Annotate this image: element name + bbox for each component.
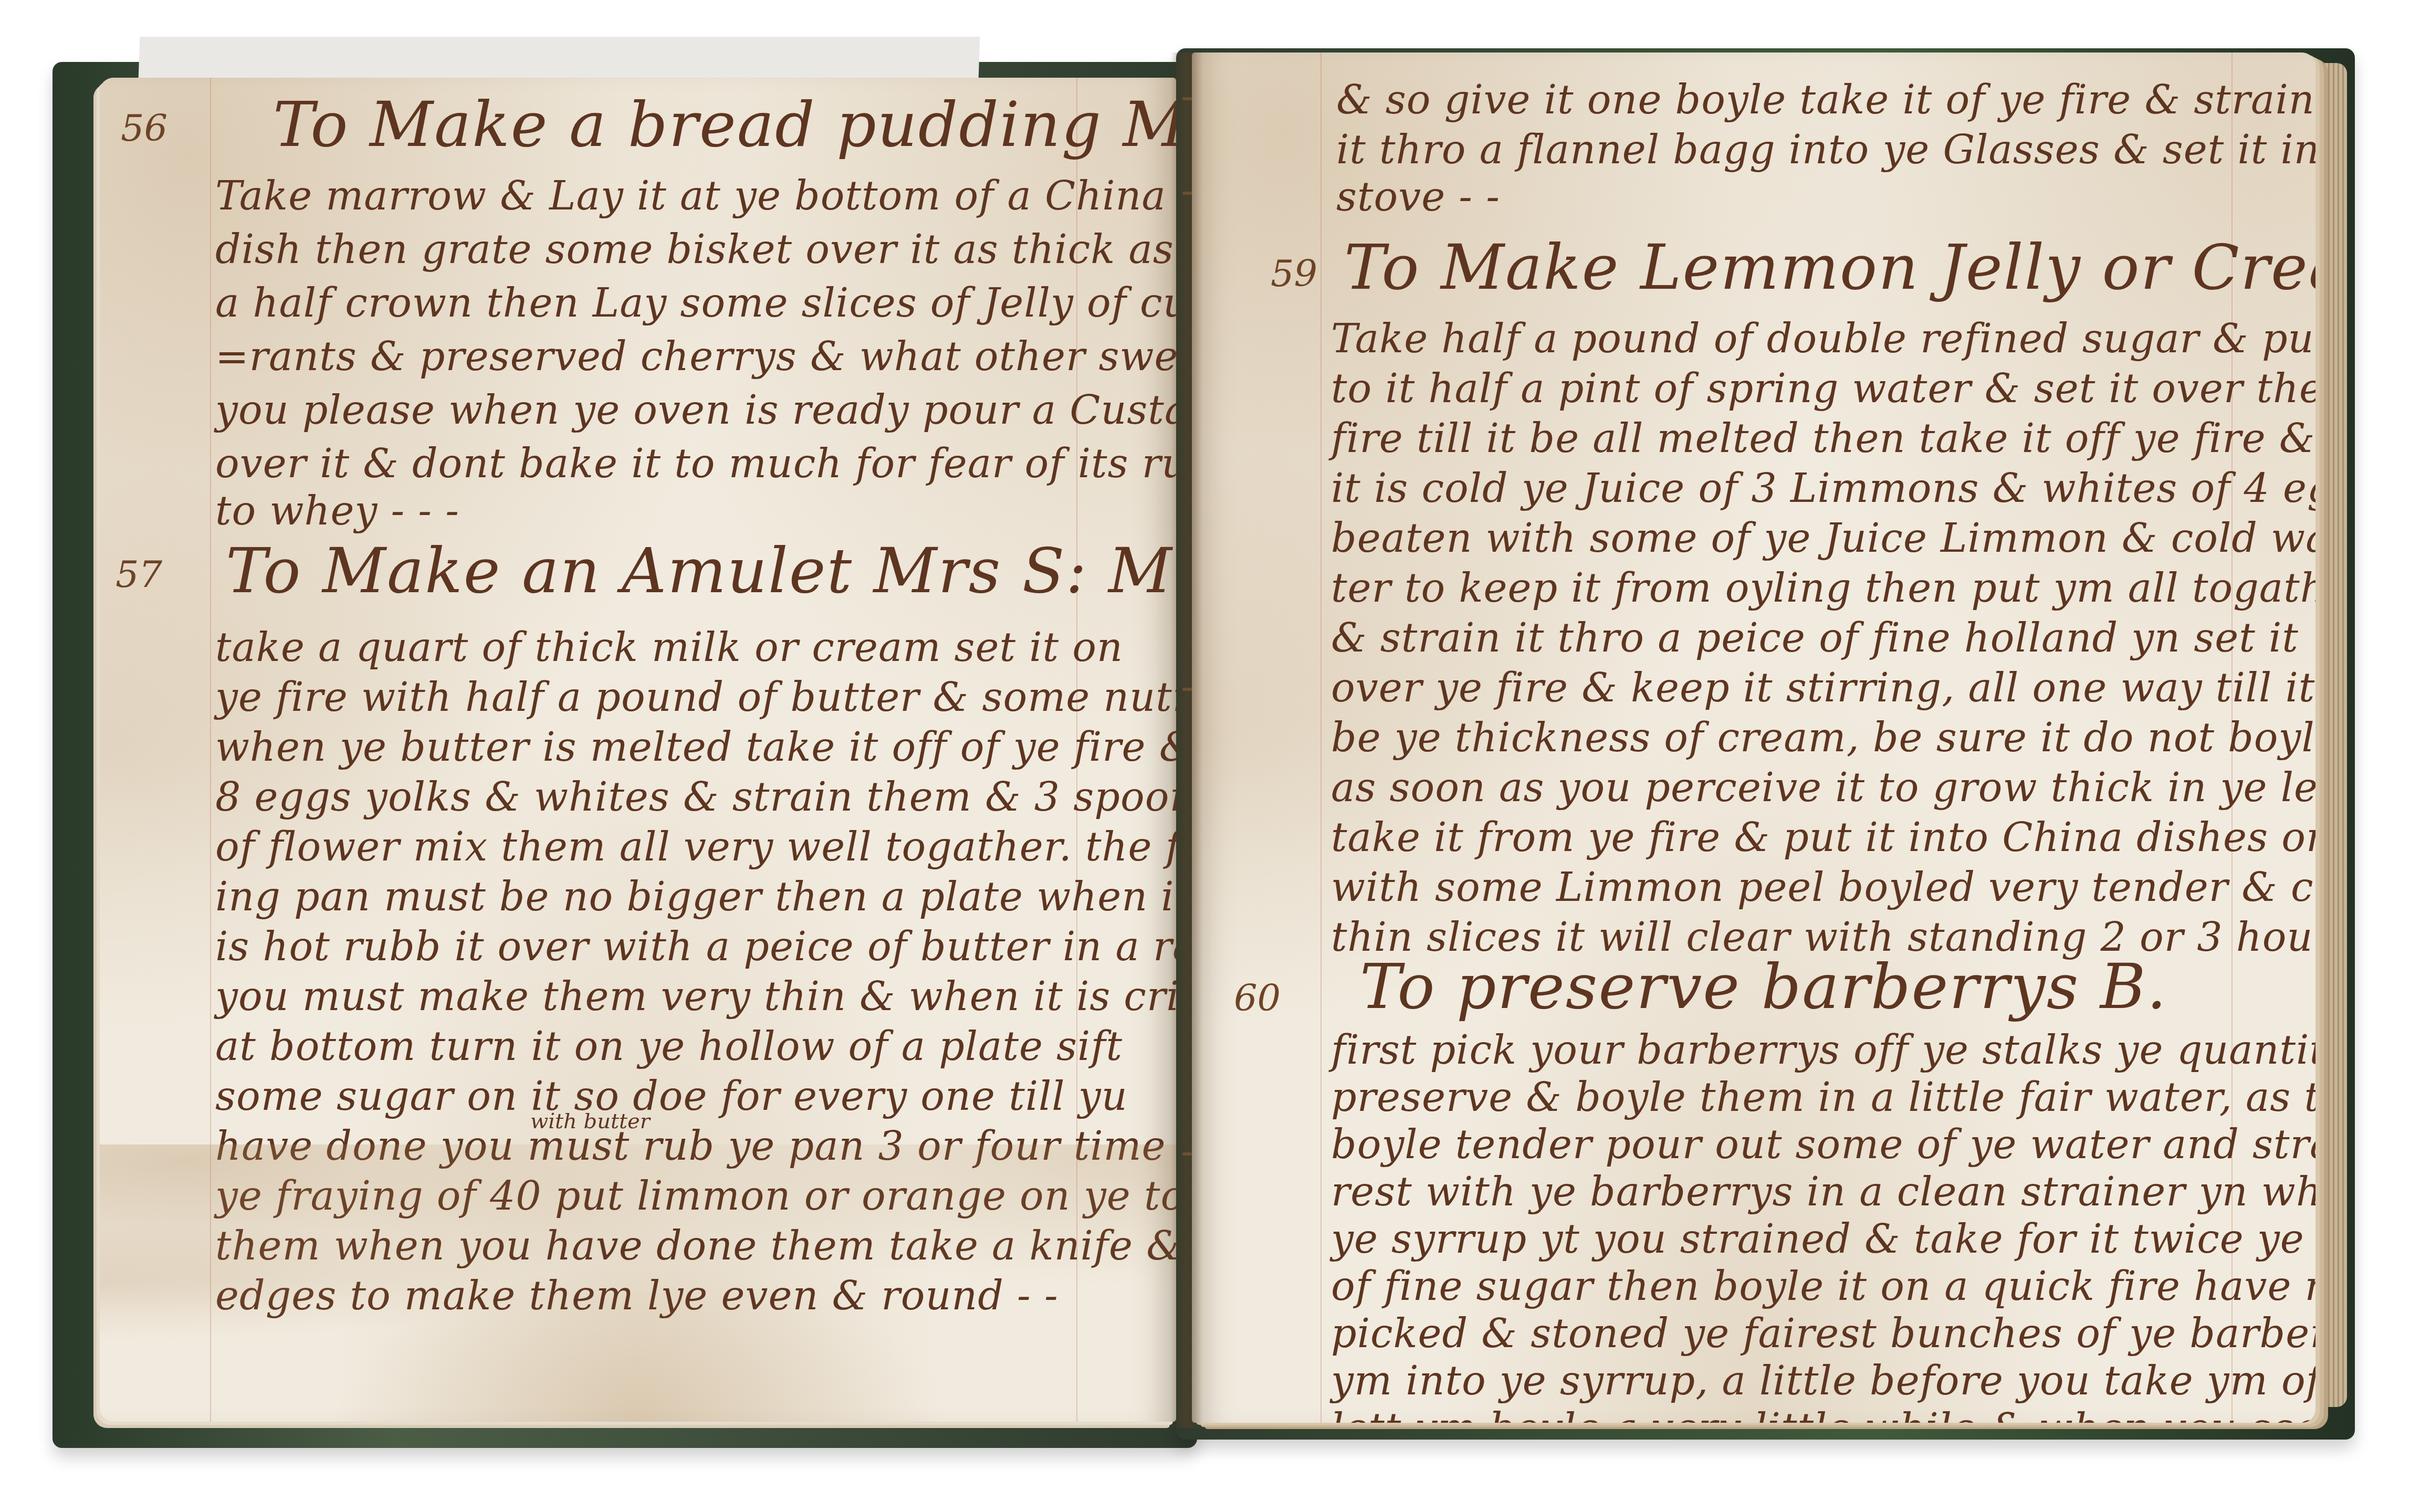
- recipe-title: To Make Lemmon Jelly or Cream B.: [1344, 231, 2315, 303]
- text-line: & so give it one boyle take it of ye fir…: [1336, 76, 2315, 123]
- text-line: is hot rubb it over with a peice of butt…: [215, 923, 1176, 970]
- text-line: ym into ye syrrup, a little before you t…: [1331, 1357, 2315, 1404]
- text-line: fire till it be all melted then take it …: [1331, 415, 2315, 461]
- folio-number: 57: [116, 553, 162, 596]
- text-line: ing pan must be no bigger then a plate w…: [215, 873, 1176, 920]
- text-line: of flower mix them all very well togathe…: [215, 823, 1176, 870]
- left-page-lower: [100, 1144, 1176, 1422]
- recipe-title: To preserve barberrys B.: [1360, 950, 2167, 1023]
- text-line: ter to keep it from oyling then put ym a…: [1331, 564, 2315, 611]
- text-line: =rants & preserved cherrys & what other …: [215, 333, 1176, 380]
- text-line: you must make them very thin & when it i…: [215, 973, 1176, 1020]
- text-line: to it half a pint of spring water & set …: [1331, 365, 2315, 412]
- text-line: Take marrow & Lay it at ye bottom of a C…: [215, 172, 1166, 219]
- text-line: be ye thickness of cream, be sure it do …: [1331, 714, 2315, 761]
- folio-number: 59: [1271, 252, 1317, 295]
- text-line: picked & stoned ye fairest bunches of ye…: [1331, 1310, 2315, 1357]
- text-line: 8 eggs yolks & whites & strain them & 3 …: [215, 773, 1176, 820]
- text-line: over it & dont bake it to much for fear …: [215, 440, 1176, 487]
- text-line: beaten with some of ye Juice Limmon & co…: [1331, 514, 2315, 561]
- text-line: rest with ye barberrys in a clean strain…: [1331, 1168, 2315, 1215]
- text-line: of fine sugar then boyle it on a quick f…: [1331, 1263, 2315, 1309]
- text-line: take it from ye fire & put it into China…: [1331, 814, 2315, 860]
- binding-stitch: [1182, 192, 1192, 195]
- text-line: it is cold ye Juice of 3 Limmons & white…: [1331, 465, 2315, 511]
- binding-stitch: [1182, 97, 1192, 100]
- text-line: at bottom turn it on ye hollow of a plat…: [215, 1023, 1123, 1069]
- text-line: ye fire with half a pound of butter & so…: [215, 674, 1176, 720]
- text-line: lett ym boyle a very little while & when…: [1331, 1404, 2315, 1423]
- text-line: some sugar on it so doe for every one ti…: [215, 1073, 1128, 1119]
- text-line: as soon as you perceive it to grow thick…: [1331, 764, 2315, 811]
- text-line: stove - -: [1336, 173, 1500, 220]
- text-line: first pick your barberrys off ye stalks …: [1331, 1026, 2315, 1073]
- page-block-edge: [2315, 63, 2347, 1407]
- folio-number: 60: [1234, 976, 1281, 1020]
- binding-stitch: [1182, 688, 1192, 691]
- text-line: you please when ye oven is ready pour a …: [215, 386, 1176, 433]
- text-line: a half crown then Lay some slices of Jel…: [215, 279, 1176, 326]
- text-line: & strain it thro a peice of fine holland…: [1331, 614, 2299, 661]
- text-line: with some Limmon peel boyled very tender…: [1331, 864, 2315, 910]
- book-gutter: [1171, 52, 1202, 1428]
- binding-stitch: [1182, 1152, 1192, 1156]
- recipe-title: To Make a bread pudding Mrs S: M:: [273, 88, 1176, 161]
- text-line: dish then grate some bisket over it as t…: [215, 226, 1174, 272]
- text-line: over ye fire & keep it stirring, all one…: [1331, 664, 2315, 711]
- margin-rule: [1321, 52, 1322, 1423]
- recipe-title: To Make an Amulet Mrs S: M:: [226, 534, 1176, 607]
- text-line: preserve & boyle them in a little fair w…: [1331, 1074, 2315, 1120]
- right-page: & so give it one boyle take it of ye fir…: [1192, 52, 2315, 1423]
- text-line: boyle tender pour out some of ye water a…: [1331, 1121, 2315, 1168]
- text-line: take a quart of thick milk or cream set …: [215, 624, 1123, 670]
- flyleaf-edge: [139, 37, 980, 79]
- text-line: ye syrrup yt you strained & take for it …: [1331, 1215, 2315, 1262]
- text-line: Take half a pound of double refined suga…: [1331, 315, 2315, 362]
- text-line: to whey - - -: [215, 487, 459, 534]
- text-line: it thro a flannel bagg into ye Glasses &…: [1336, 126, 2315, 173]
- text-line: when ye butter is melted take it off of …: [215, 723, 1176, 770]
- folio-number: 56: [121, 107, 167, 150]
